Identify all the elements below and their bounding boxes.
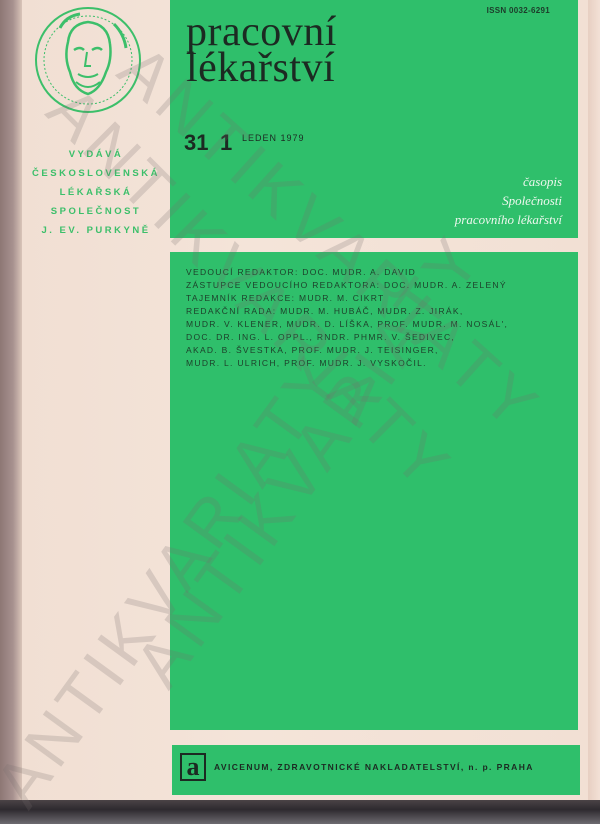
issn-label: ISSN 0032-6291 bbox=[487, 6, 550, 15]
journal-tagline: časopis Společnosti pracovního lékařství bbox=[455, 172, 562, 229]
page-right-edge bbox=[588, 0, 600, 800]
volume-number: 31 bbox=[184, 130, 220, 156]
issue-info: 31 1 LEDEN 1979 bbox=[184, 130, 305, 156]
issue-date: LEDEN 1979 bbox=[242, 133, 305, 143]
editorial-line: MUDr. L. ULRICH, PROF. MUDr. J. VYSKOČIL… bbox=[186, 357, 508, 370]
society-line: VYDÁVÁ bbox=[22, 145, 170, 164]
editorial-line: TAJEMNÍK REDAKCE: MUDr. M. CIKRT bbox=[186, 292, 508, 305]
avicenum-logo-icon: a bbox=[180, 753, 206, 781]
editorial-line: MUDr. V. KLENER, MUDr. D. LÍŠKA, PROF. M… bbox=[186, 318, 508, 331]
editorial-board-panel: VEDOUCÍ REDAKTOR: DOC. MUDr. A. DAVID ZÁ… bbox=[170, 252, 578, 730]
tagline-line: Společnosti bbox=[455, 191, 562, 210]
editorial-line: AKAD. B. ŠVESTKA, PROF. MUDr. J. TEISING… bbox=[186, 344, 508, 357]
tagline-line: pracovního lékařství bbox=[455, 210, 562, 229]
journal-title: pracovní lékařství bbox=[186, 14, 337, 86]
society-line: SPOLEČNOST bbox=[22, 202, 170, 221]
society-line: ČESKOSLOVENSKÁ bbox=[22, 164, 170, 183]
issue-number: 1 bbox=[220, 130, 242, 156]
book-spine-edge bbox=[0, 0, 22, 824]
society-line: J. EV. PURKYNĚ bbox=[22, 221, 170, 240]
bottom-shadow-edge bbox=[0, 800, 600, 824]
society-publisher-text: VYDÁVÁ ČESKOSLOVENSKÁ LÉKAŘSKÁ SPOLEČNOS… bbox=[22, 145, 170, 240]
medal-portrait-icon bbox=[30, 2, 150, 122]
society-line: LÉKAŘSKÁ bbox=[22, 183, 170, 202]
title-panel: ISSN 0032-6291 pracovní lékařství 31 1 L… bbox=[170, 0, 578, 238]
editorial-line: REDAKČNÍ RADA: MUDr. M. HUBÁČ, MUDr. Z. … bbox=[186, 305, 508, 318]
publisher-info: a AVICENUM, ZDRAVOTNICKÉ NAKLADATELSTVÍ,… bbox=[180, 753, 534, 781]
editorial-board-list: VEDOUCÍ REDAKTOR: DOC. MUDr. A. DAVID ZÁ… bbox=[186, 266, 508, 370]
editorial-line: VEDOUCÍ REDAKTOR: DOC. MUDr. A. DAVID bbox=[186, 266, 508, 279]
tagline-line: časopis bbox=[455, 172, 562, 191]
editorial-line: ZÁSTUPCE VEDOUCÍHO REDAKTORA: DOC. MUDr.… bbox=[186, 279, 508, 292]
publisher-strip: a AVICENUM, ZDRAVOTNICKÉ NAKLADATELSTVÍ,… bbox=[172, 745, 580, 795]
editorial-line: DOC. Dr. ING. L. OPPL., RNDr. PhMr. V. Š… bbox=[186, 331, 508, 344]
publisher-name: AVICENUM, ZDRAVOTNICKÉ NAKLADATELSTVÍ, n… bbox=[214, 762, 534, 772]
title-line-2: lékařství bbox=[186, 50, 337, 86]
